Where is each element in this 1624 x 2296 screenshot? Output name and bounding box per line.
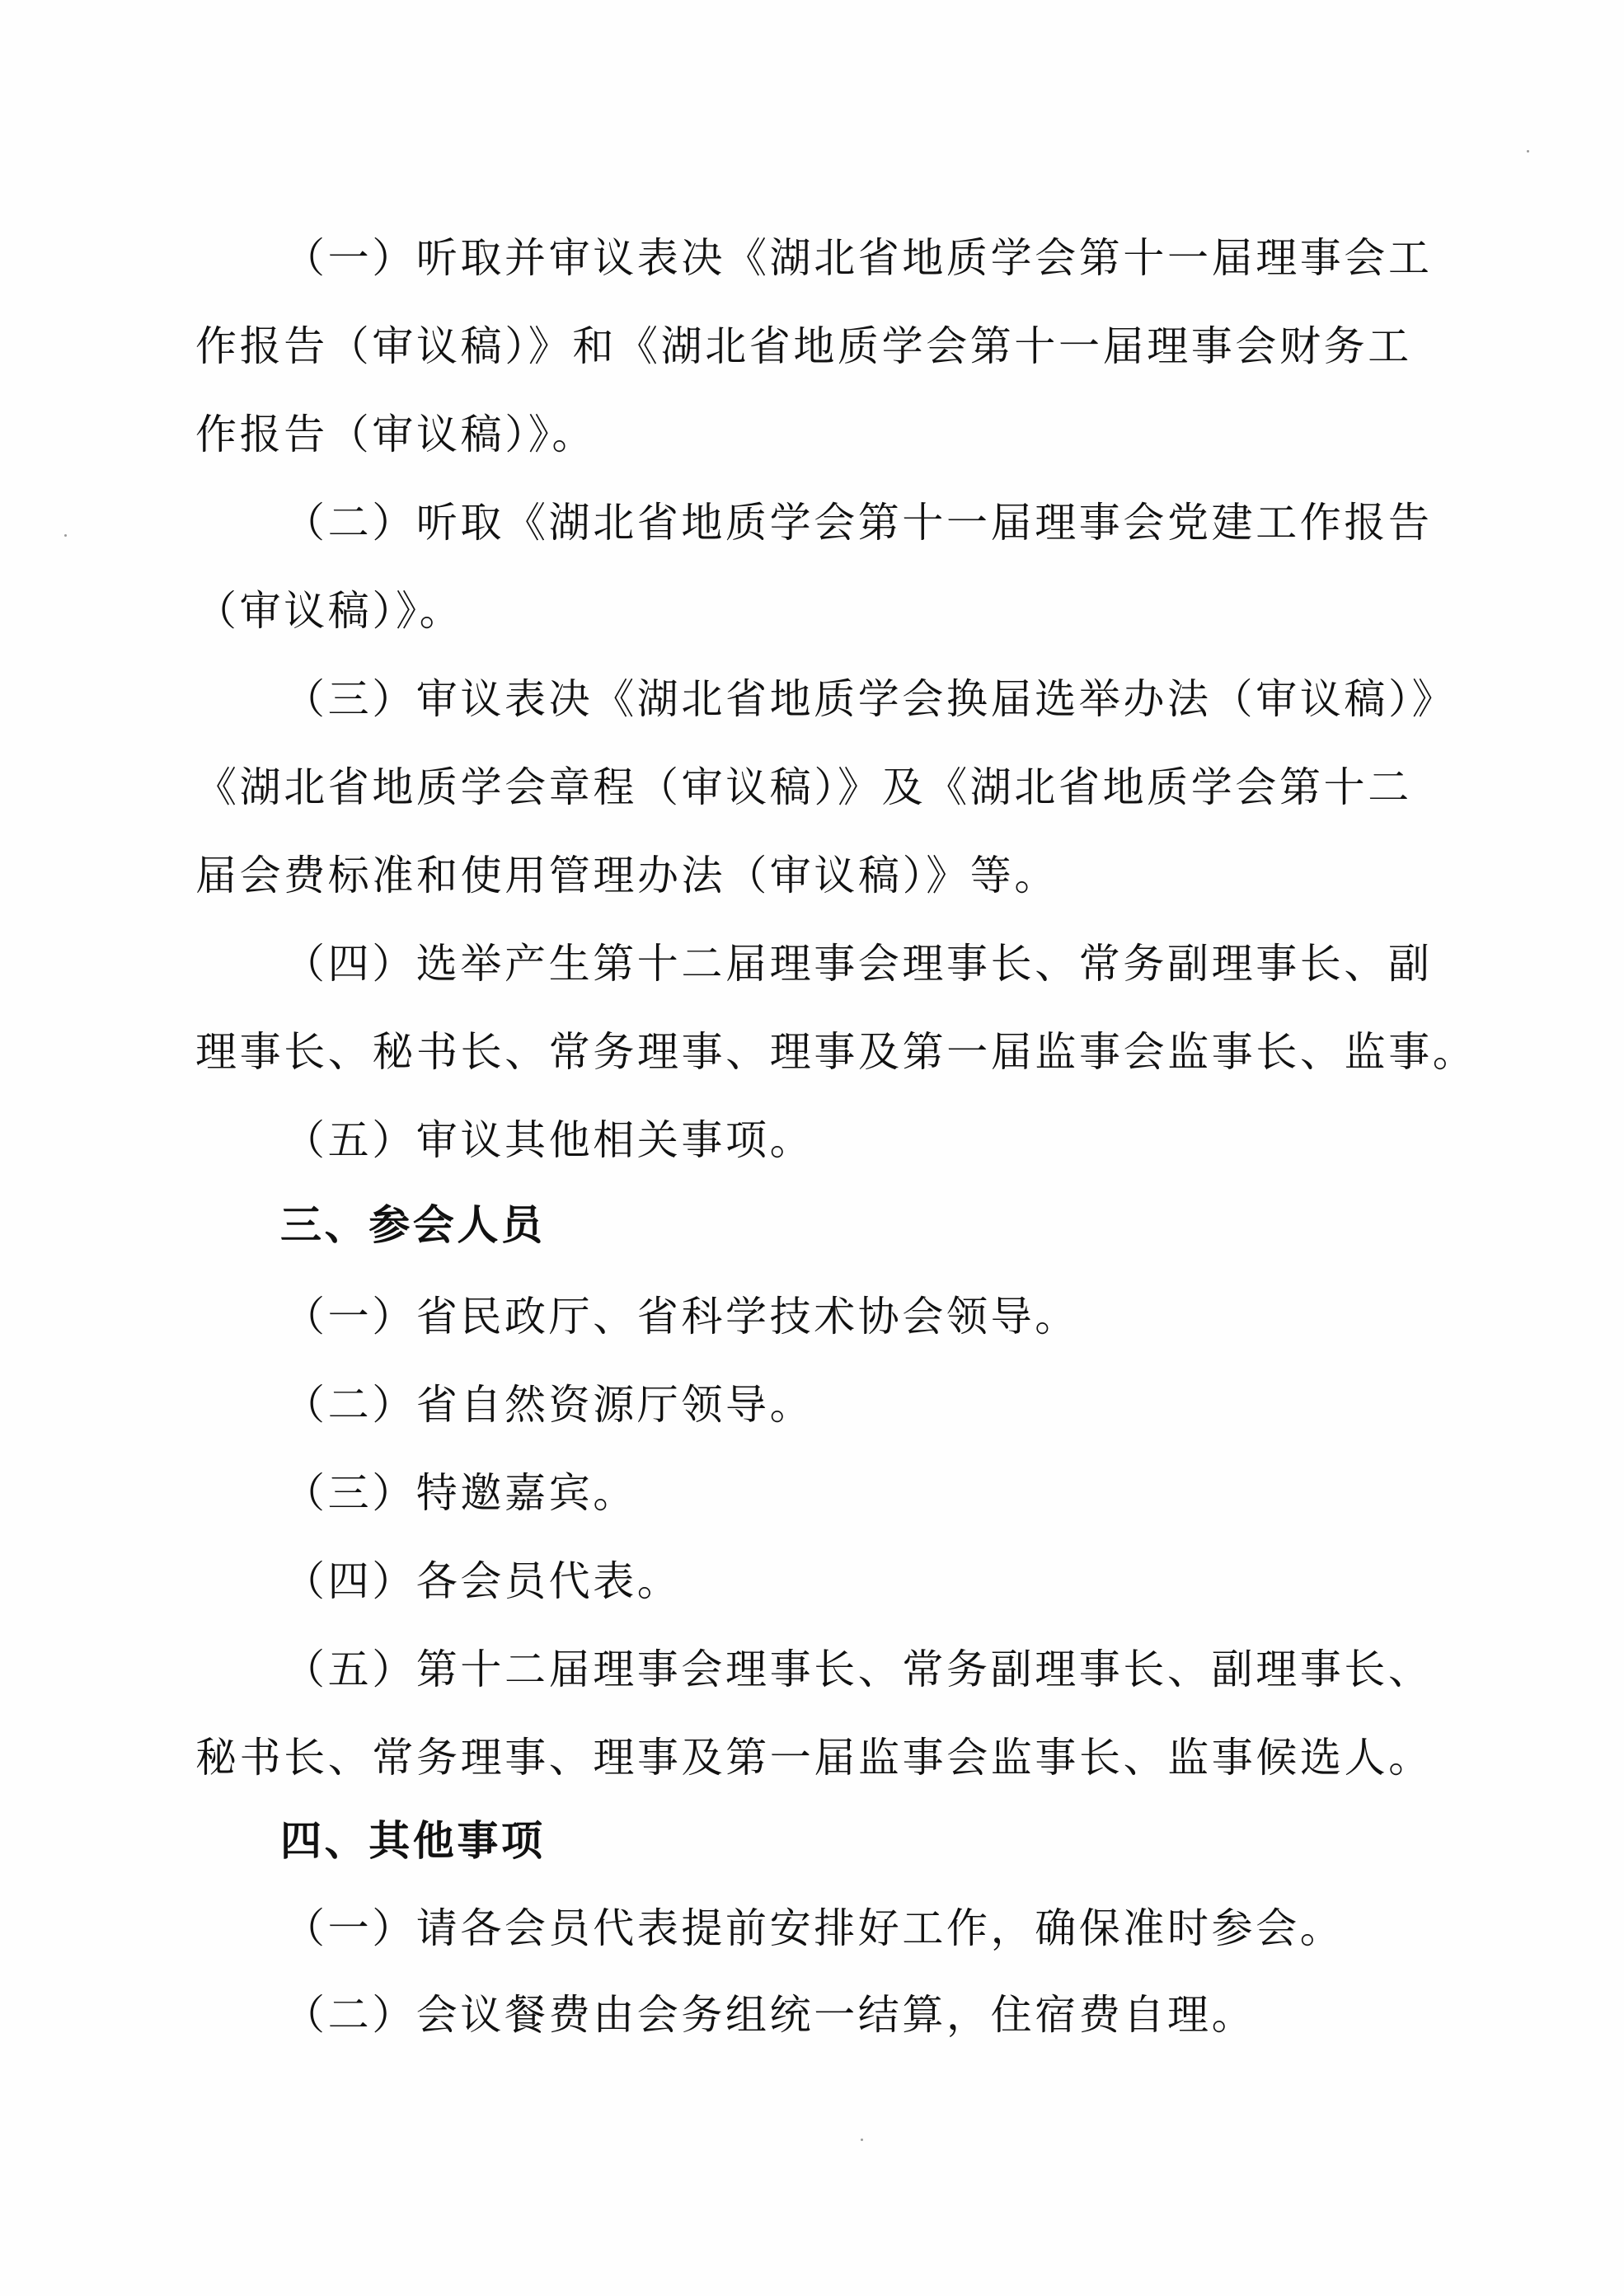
item-1-3-line-2: 《湖北省地质学会章程（审议稿）》及《湖北省地质学会第十二 [195,764,1448,810]
section-heading-attendees: 三、参会人员 [280,1202,1533,1248]
item-1-1-line-1: （一）听取并审议表决《湖北省地质学会第十一届理事会工 [284,235,1537,281]
scan-speck [1527,150,1529,153]
item-1-3-line-3: 届会费标准和使用管理办法（审议稿）》等。 [195,852,1448,899]
attendee-item-1: （一）省民政厅、省科学技术协会领导。 [284,1294,1537,1340]
item-1-1-line-2: 作报告（审议稿）》和《湖北省地质学会第十一届理事会财务工 [195,323,1448,369]
scan-speck [861,2139,863,2141]
item-1-2-line-2: （审议稿）》。 [195,588,1448,634]
other-item-1: （一）请各会员代表提前安排好工作，确保准时参会。 [284,1905,1537,1951]
attendee-item-5-line-2: 秘书长、常务理事、理事及第一届监事会监事长、监事候选人。 [195,1735,1448,1781]
section-heading-other-matters: 四、其他事项 [280,1818,1533,1864]
attendee-item-5-line-1: （五）第十二届理事会理事长、常务副理事长、副理事长、 [284,1646,1537,1693]
item-1-3-line-1: （三）审议表决《湖北省地质学会换届选举办法（审议稿）》 [284,676,1537,722]
attendee-item-4: （四）各会员代表。 [284,1558,1537,1604]
item-1-5-line-1: （五）审议其他相关事项。 [284,1117,1537,1163]
attendee-item-3: （三）特邀嘉宾。 [284,1470,1537,1516]
attendee-item-2: （二）省自然资源厅领导。 [284,1382,1537,1428]
other-item-2: （二）会议餐费由会务组统一结算，住宿费自理。 [284,1992,1537,2038]
item-1-1-line-3: 作报告（审议稿）》。 [195,411,1448,458]
scan-speck [64,534,67,537]
item-1-4-line-2: 理事长、秘书长、常务理事、理事及第一届监事会监事长、监事。 [195,1029,1448,1075]
document-page: （一）听取并审议表决《湖北省地质学会第十一届理事会工 作报告（审议稿）》和《湖北… [0,0,1624,2296]
item-1-2-line-1: （二）听取《湖北省地质学会第十一届理事会党建工作报告 [284,500,1537,546]
item-1-4-line-1: （四）选举产生第十二届理事会理事长、常务副理事长、副 [284,941,1537,987]
